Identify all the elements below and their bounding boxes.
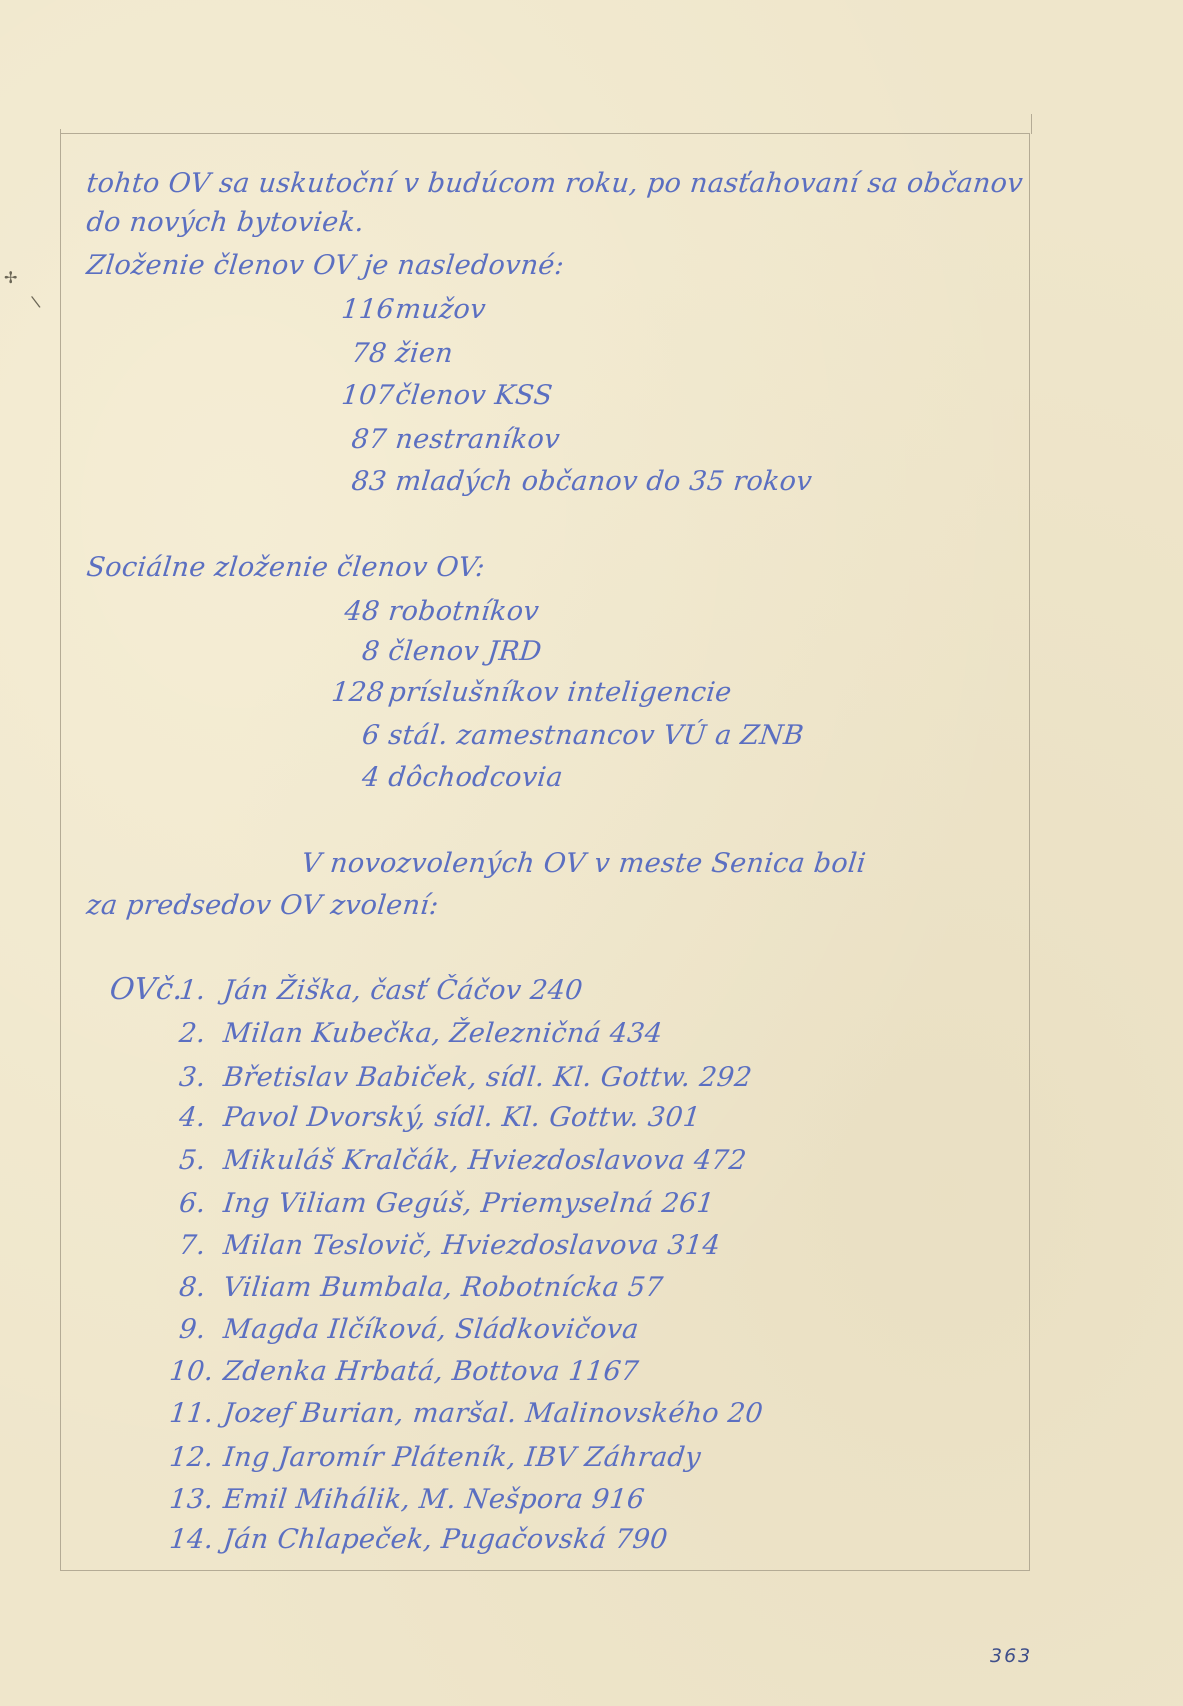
- item-count: 83: [340, 466, 388, 497]
- chairman-row: 6. Ing Viliam Gegúš, Priemyselná 261: [168, 1188, 716, 1219]
- chairman-row: 3. Břetislav Babiček, sídl. Kl. Gottw. 2…: [168, 1062, 754, 1093]
- item-label: stál. zamestnancov VÚ a ZNB: [387, 720, 805, 751]
- item-count: 8: [330, 636, 381, 667]
- row-number: 3.: [168, 1062, 207, 1093]
- social-item: 4 dôchodcovia: [330, 762, 564, 793]
- item-label: dôchodcovia: [387, 762, 565, 793]
- chairman-row: 7. Milan Teslovič, Hviezdoslavova 314: [168, 1230, 722, 1261]
- row-text: Břetislav Babiček, sídl. Kl. Gottw. 292: [222, 1062, 754, 1093]
- intro-line-2: do nových bytoviek.: [85, 207, 366, 238]
- social-heading: Sociálne zloženie členov OV:: [85, 552, 487, 583]
- chairman-row: 4. Pavol Dvorský, sídl. Kl. Gottw. 301: [168, 1102, 702, 1133]
- row-number: 11.: [168, 1398, 207, 1429]
- composition-item: 107 členov KSS: [340, 380, 554, 411]
- item-count: 48: [330, 596, 381, 627]
- row-number: 7.: [168, 1230, 207, 1261]
- row-text: Ján Žiška, časť Čáčov 240: [222, 975, 585, 1006]
- row-number: 6.: [168, 1188, 207, 1219]
- chairman-row: 12. Ing Jaromír Pláteník, IBV Záhrady: [168, 1442, 702, 1473]
- row-text: Emil Mihálik, M. Nešpora 916: [222, 1484, 646, 1515]
- intro-line-1: tohto OV sa uskutoční v budúcom roku, po…: [85, 168, 1024, 199]
- row-text: Mikuláš Kralčák, Hviezdoslavova 472: [222, 1145, 748, 1176]
- margin-mark: ✢: [4, 268, 17, 287]
- row-text: Milan Kubečka, Železničná 434: [222, 1018, 664, 1049]
- item-count: 6: [330, 720, 381, 751]
- item-count: 87: [340, 424, 388, 455]
- row-text: Zdenka Hrbatá, Bottova 1167: [222, 1356, 640, 1387]
- chairman-row: 9. Magda Ilčíková, Sládkovičova: [168, 1314, 640, 1345]
- row-text: Ing Viliam Gegúš, Priemyselná 261: [222, 1188, 716, 1219]
- composition-item: 116 mužov: [340, 294, 487, 325]
- item-label: príslušníkov inteligencie: [387, 677, 733, 708]
- frame-tick: [60, 129, 61, 137]
- row-number: 13.: [168, 1484, 207, 1515]
- page-number: 363: [990, 1645, 1032, 1667]
- row-text: Ing Jaromír Pláteník, IBV Záhrady: [222, 1442, 703, 1473]
- item-count: 107: [340, 380, 388, 411]
- social-item: 8 členov JRD: [330, 636, 543, 667]
- item-label: mladých občanov do 35 rokov: [394, 466, 814, 497]
- item-count: 4: [330, 762, 381, 793]
- item-label: členov JRD: [387, 636, 543, 667]
- item-count: 128: [330, 677, 381, 708]
- item-count: 116: [340, 294, 388, 325]
- row-number: 5.: [168, 1145, 207, 1176]
- chairmen-intro-2: za predsedov OV zvolení:: [85, 890, 440, 921]
- chairman-row: 10. Zdenka Hrbatá, Bottova 1167: [168, 1356, 640, 1387]
- chairman-row: 2. Milan Kubečka, Železničná 434: [168, 1018, 664, 1049]
- item-label: mužov: [394, 294, 487, 325]
- row-number: 10.: [168, 1356, 207, 1387]
- row-number: 8.: [168, 1272, 207, 1303]
- chairman-row: 8. Viliam Bumbala, Robotnícka 57: [168, 1272, 665, 1303]
- row-text: Milan Teslovič, Hviezdoslavova 314: [222, 1230, 722, 1261]
- row-text: Magda Ilčíková, Sládkovičova: [222, 1314, 641, 1345]
- frame-tick: [1031, 114, 1032, 134]
- composition-heading: Zloženie členov OV je nasledovné:: [85, 250, 566, 281]
- chairman-row: 5. Mikuláš Kralčák, Hviezdoslavova 472: [168, 1145, 748, 1176]
- row-number: 9.: [168, 1314, 207, 1345]
- margin-mark: \: [30, 292, 42, 312]
- item-count: 78: [340, 338, 388, 369]
- social-item: 48 robotníkov: [330, 596, 541, 627]
- chairman-row: 13. Emil Mihálik, M. Nešpora 916: [168, 1484, 646, 1515]
- composition-item: 87 nestraníkov: [340, 424, 561, 455]
- item-label: žien: [394, 338, 455, 369]
- row-number: 2.: [168, 1018, 207, 1049]
- row-text: Pavol Dvorský, sídl. Kl. Gottw. 301: [222, 1102, 702, 1133]
- row-number: 1.: [168, 975, 207, 1006]
- social-item: 128 príslušníkov inteligencie: [330, 677, 733, 708]
- social-item: 6 stál. zamestnancov VÚ a ZNB: [330, 720, 805, 751]
- chairmen-intro-1: V novozvolených OV v meste Senica boli: [300, 848, 868, 879]
- composition-item: 83 mladých občanov do 35 rokov: [340, 466, 814, 497]
- row-text: Ján Chlapeček, Pugačovská 790: [222, 1524, 670, 1555]
- row-number: 12.: [168, 1442, 207, 1473]
- chairman-row: 14. Ján Chlapeček, Pugačovská 790: [168, 1524, 669, 1555]
- row-number: 14.: [168, 1524, 207, 1555]
- chairman-row: 1. Ján Žiška, časť Čáčov 240: [168, 975, 584, 1006]
- item-label: robotníkov: [387, 596, 541, 627]
- row-text: Viliam Bumbala, Robotnícka 57: [222, 1272, 665, 1303]
- item-label: nestraníkov: [394, 424, 562, 455]
- row-number: 4.: [168, 1102, 207, 1133]
- composition-item: 78 žien: [340, 338, 455, 369]
- item-label: členov KSS: [394, 380, 554, 411]
- chairman-row: 11. Jozef Burian, maršal. Malinovského 2…: [168, 1398, 764, 1429]
- row-text: Jozef Burian, maršal. Malinovského 20: [222, 1398, 765, 1429]
